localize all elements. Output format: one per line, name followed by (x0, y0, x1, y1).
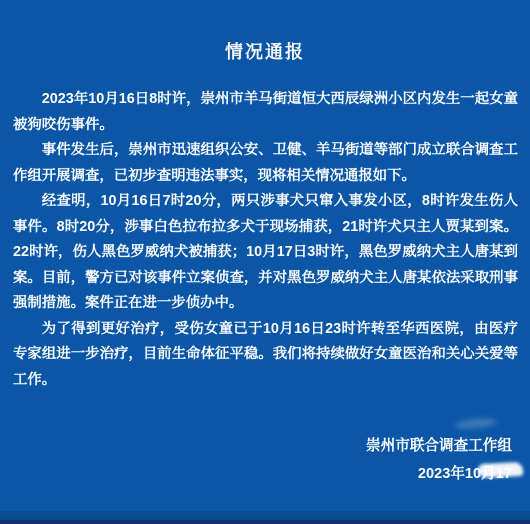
signature-org: 崇州市联合调查工作组 (0, 432, 512, 460)
notice-body: 2023年10月16日8时许，崇州市羊马街道恒大西辰绿洲小区内发生一起女童被狗咬… (0, 87, 530, 393)
signature-date: 2023年10月17 (0, 460, 512, 488)
signature-block: 崇州市联合调查工作组 2023年10月17 (0, 432, 530, 488)
notice-paragraph-1: 2023年10月16日8时许，崇州市羊马街道恒大西辰绿洲小区内发生一起女童被狗咬… (13, 87, 518, 138)
page-title: 情况通报 (0, 0, 530, 62)
white-smudge-faint (455, 417, 498, 430)
notice-paragraph-2: 事件发生后，崇州市迅速组织公安、卫健、羊马街道等部门成立联合调查工作组开展调查，… (13, 138, 518, 189)
notice-paragraph-4: 为了得到更好治疗，受伤女童已于10月16日23时许转至华西医院，由医疗专家组进一… (13, 317, 518, 394)
notice-paragraph-3: 经查明，10月16日7时20分，两只涉事犬只窜入事发小区，8时许发生伤人事件。8… (13, 189, 518, 317)
notice-poster: 情况通报 2023年10月16日8时许，崇州市羊马街道恒大西辰绿洲小区内发生一起… (0, 0, 530, 524)
bottom-edge-band (0, 511, 530, 520)
bottom-edge-line (0, 520, 530, 524)
